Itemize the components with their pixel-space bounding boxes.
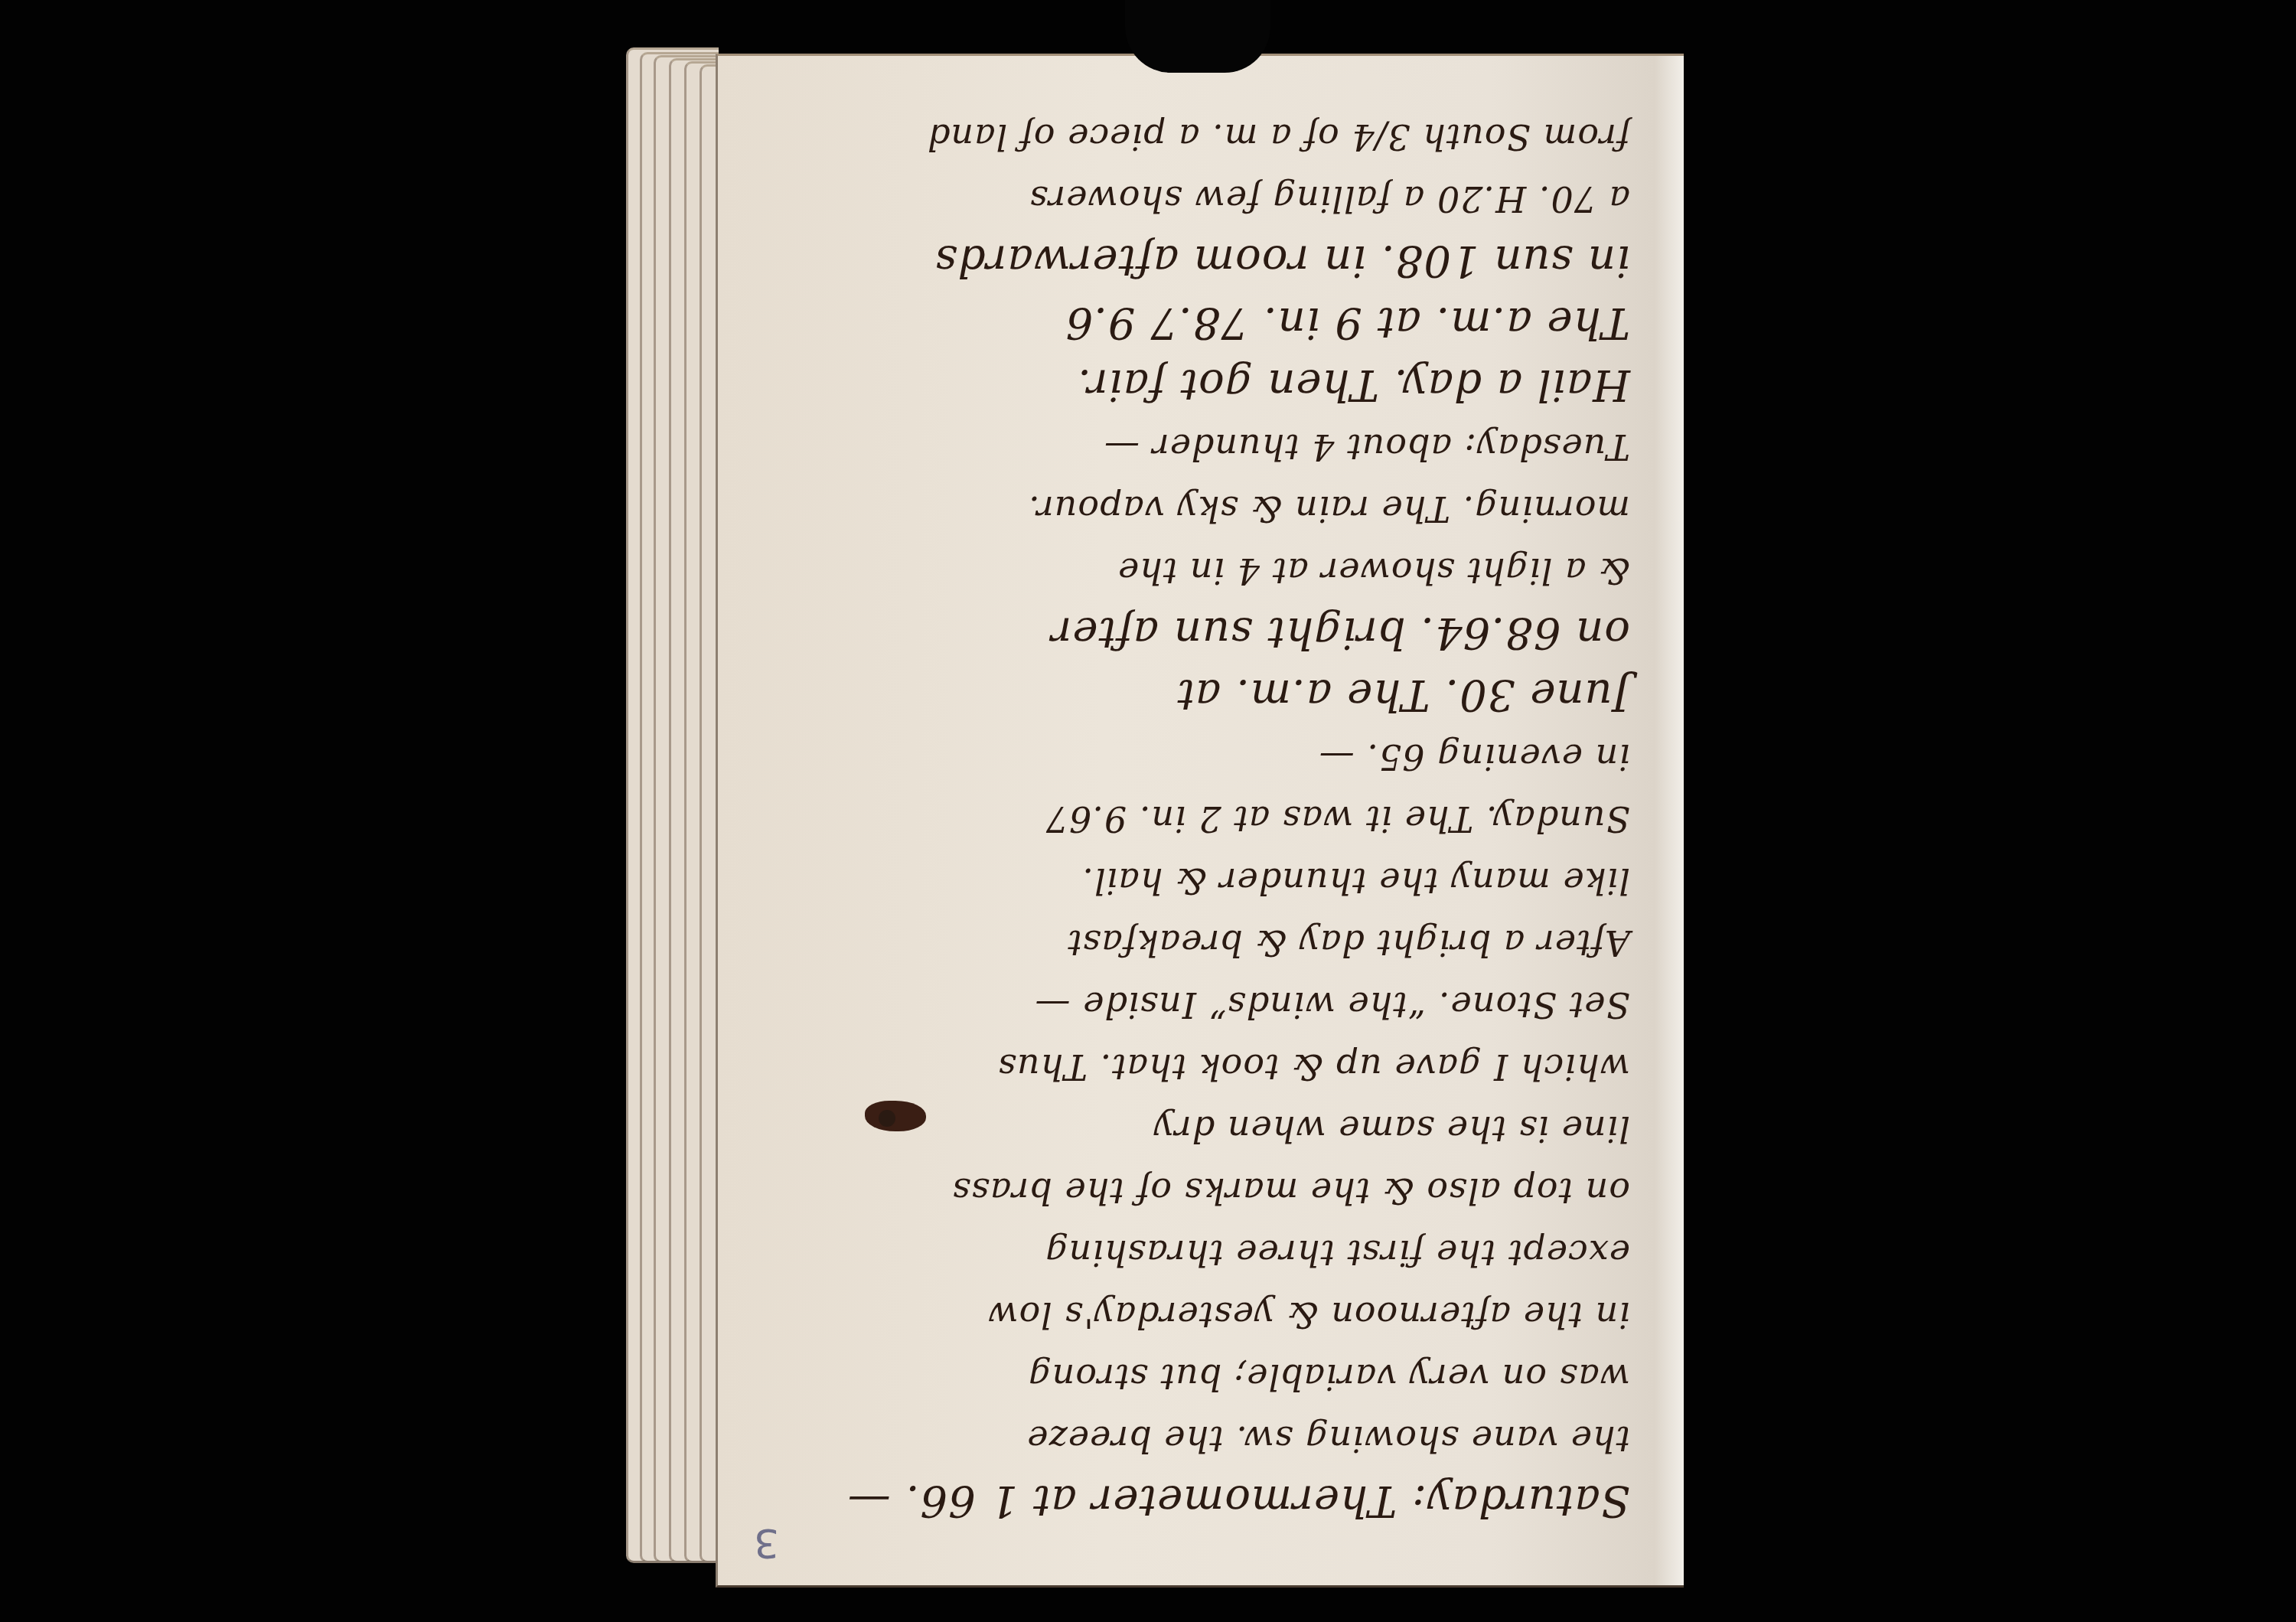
text-line: on top also & the marks of the brass	[787, 1160, 1630, 1222]
photo-background: Saturday: Thermometer at 1 66. — the van…	[0, 0, 2296, 1622]
text-line: Tuesday: about 4 thunder —	[787, 416, 1630, 478]
pencil-page-number: 3	[754, 1519, 779, 1565]
text-line: The a.m. at 9 in. 78.7 9.6	[787, 292, 1630, 354]
ink-blot	[865, 1101, 926, 1131]
text-line: Set Stone. “the winds” Inside —	[787, 974, 1630, 1036]
upside-down-text-block: Saturday: Thermometer at 1 66. — the van…	[718, 56, 1684, 1585]
text-line: in the afternoon & yesterday's low	[787, 1284, 1630, 1346]
text-line: & a light shower at 4 in the	[787, 540, 1630, 602]
text-line: in evening 65. —	[787, 726, 1630, 788]
ink-dot	[879, 1110, 895, 1127]
text-line: which I gave up & took that. Thus	[787, 1036, 1630, 1098]
text-line: except the first three thrashing	[787, 1222, 1630, 1284]
text-line: Saturday: Thermometer at 1 66. —	[787, 1470, 1630, 1532]
text-line: like many the thunder & hail.	[787, 850, 1630, 912]
handwritten-lines: Saturday: Thermometer at 1 66. — the van…	[787, 106, 1630, 1532]
notebook-page: Saturday: Thermometer at 1 66. — the van…	[716, 54, 1684, 1588]
text-line: morning. The rain & sky vapour.	[787, 478, 1630, 540]
text-line: was on very variable; but strong	[787, 1346, 1630, 1408]
text-line: from South 3/4 of a m. a piece of land	[787, 106, 1630, 168]
text-line: a 70. H.20 a falling few showers	[787, 168, 1630, 230]
text-line: Hail a day. Then got fair.	[787, 354, 1630, 416]
bookmark-notch	[1125, 0, 1270, 73]
text-line: in sun 108. in room afterwards	[787, 230, 1630, 292]
text-line: Sunday. The it was at 2 in. 9.67	[787, 788, 1630, 850]
text-line: the vane showing sw. the breeze	[787, 1408, 1630, 1470]
page-edges-stack	[626, 47, 718, 1563]
text-line: June 30. The a.m. at	[787, 664, 1630, 726]
text-line: on 68.64. bright sun after	[787, 602, 1630, 664]
text-line: After a bright day & breakfast	[787, 912, 1630, 974]
